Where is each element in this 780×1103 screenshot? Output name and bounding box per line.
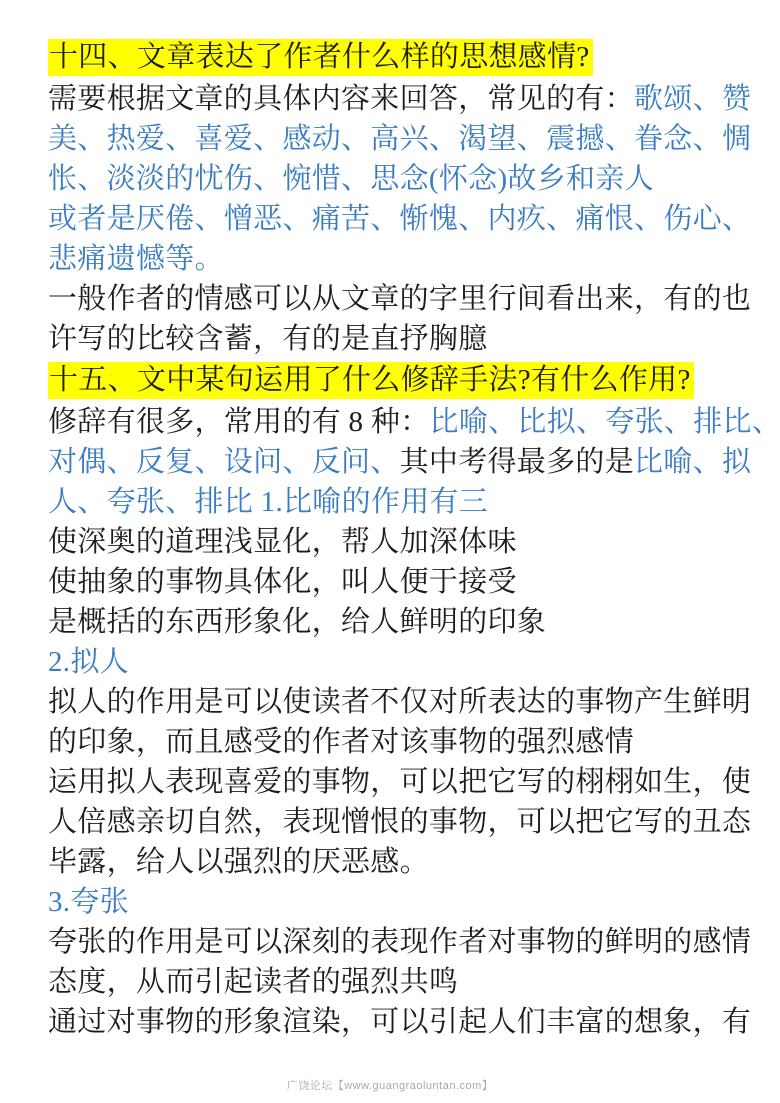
text-line: 悲痛遗憾等。 [48,239,760,279]
text-line: 一般作者的情感可以从文章的字里行间看出来，有的也 [48,279,760,319]
text-line: 美、热爱、喜爱、感动、高兴、渴望、震撼、眷念、惆 [48,119,760,159]
text-line: 运用拟人表现喜爱的事物，可以把它写的栩栩如生，使 [48,762,760,802]
text-segment: 是概括的东西形象化，给人鲜明的印象 [48,606,546,638]
highlight-marker: 十四、文章表达了作者什么样的思想感情? [48,39,593,76]
text-segment: 歌颂、赞 [634,83,751,115]
text-segment: 许写的比较含蓄，有的是直抒胸臆 [48,323,488,355]
text-segment: 运用拟人表现喜爱的事物，可以把它写的栩栩如生，使 [48,766,751,798]
text-segment: 拟人的作用是可以使读者不仅对所表达的事物产生鲜明 [48,686,751,718]
text-segment: 比喻、比拟、夸张、排比、 [430,406,780,438]
text-segment: 悲痛遗憾等。 [48,243,224,275]
text-segment: 2.拟人 [48,646,129,678]
text-segment: 美、热爱、喜爱、感动、高兴、渴望、震撼、眷念、惆 [48,123,751,155]
text-segment: 十五、文中某句运用了什么修辞手法?有什么作用? [49,364,691,396]
text-segment: 人、夸张、排比 1.比喻的作用有三 [48,486,488,518]
footer-watermark: 广饶论坛【www.guangraoluntan.com】 [0,1077,780,1093]
text-line: 人倍感亲切自然，表现憎恨的事物，可以把它写的丑态 [48,802,760,842]
text-line: 人、夸张、排比 1.比喻的作用有三 [48,482,760,522]
text-segment: 通过对事物的形象渲染，可以引起人们丰富的想象，有 [48,1006,751,1038]
text-line: 需要根据文章的具体内容来回答，常见的有：歌颂、赞 [48,79,760,119]
text-line: 3.夸张 [48,882,760,922]
text-line: 使深奥的道理浅显化，帮人加深体味 [48,522,760,562]
text-line: 修辞有很多，常用的有 8 种：比喻、比拟、夸张、排比、 [48,402,760,442]
text-segment: 或者是厌倦、憎恶、痛苦、惭愧、内疚、痛恨、伤心、 [48,203,751,235]
text-line: 态度，从而引起读者的强烈共鸣 [48,962,760,1002]
text-segment: 夸张的作用是可以深刻的表现作者对事物的鲜明的感情 [48,926,751,958]
text-segment: 其中考得最多的是 [400,446,634,478]
text-segment: 3.夸张 [48,886,129,918]
text-segment: 态度，从而引起读者的强烈共鸣 [48,966,458,998]
text-segment: 使深奥的道理浅显化，帮人加深体味 [48,526,517,558]
text-line: 毕露，给人以强烈的厌恶感。 [48,842,760,882]
text-segment: 使抽象的事物具体化，叫人便于接受 [48,566,517,598]
text-segment: 对偶、反复、设问、反问、 [48,446,400,478]
text-segment: 一般作者的情感可以从文章的字里行间看出来，有的也 [48,283,751,315]
text-line: 的印象，而且感受的作者对该事物的强烈感情 [48,722,760,762]
text-line: 使抽象的事物具体化，叫人便于接受 [48,562,760,602]
text-segment: 需要根据文章的具体内容来回答，常见的有： [48,83,634,115]
text-line: 夸张的作用是可以深刻的表现作者对事物的鲜明的感情 [48,922,760,962]
heading-line: 十四、文章表达了作者什么样的思想感情? [48,36,760,79]
text-line: 2.拟人 [48,642,760,682]
text-line: 是概括的东西形象化，给人鲜明的印象 [48,602,760,642]
text-line: 或者是厌倦、憎恶、痛苦、惭愧、内疚、痛恨、伤心、 [48,199,760,239]
text-segment: 人倍感亲切自然，表现憎恨的事物，可以把它写的丑态 [48,806,751,838]
text-segment: 修辞有很多，常用的有 8 种： [48,406,430,438]
document-page: 十四、文章表达了作者什么样的思想感情?需要根据文章的具体内容来回答，常见的有：歌… [48,36,760,1042]
text-line: 怅、淡淡的忧伤、惋惜、思念(怀念)故乡和亲人 [48,159,760,199]
text-line: 许写的比较含蓄，有的是直抒胸臆 [48,319,760,359]
text-segment: 的印象，而且感受的作者对该事物的强烈感情 [48,726,634,758]
text-line: 通过对事物的形象渲染，可以引起人们丰富的想象，有 [48,1002,760,1042]
text-segment: 十四、文章表达了作者什么样的思想感情? [49,41,590,73]
text-line: 拟人的作用是可以使读者不仅对所表达的事物产生鲜明 [48,682,760,722]
text-line: 对偶、反复、设问、反问、其中考得最多的是比喻、拟 [48,442,760,482]
text-segment: 比喻、拟 [634,446,751,478]
highlight-marker: 十五、文中某句运用了什么修辞手法?有什么作用? [48,362,694,399]
text-segment: 毕露，给人以强烈的厌恶感。 [48,846,429,878]
text-segment: 怅、淡淡的忧伤、惋惜、思念(怀念)故乡和亲人 [48,163,654,195]
heading-line: 十五、文中某句运用了什么修辞手法?有什么作用? [48,359,760,402]
